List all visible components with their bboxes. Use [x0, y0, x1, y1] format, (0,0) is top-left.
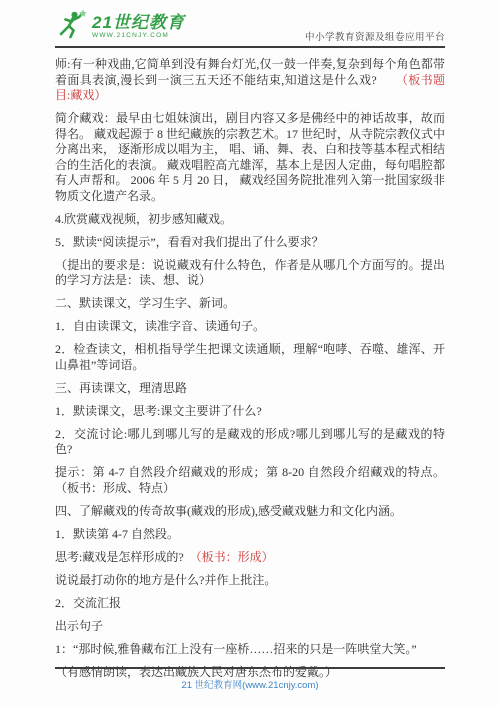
text-segment: 1．默读第 4-7 自然段。 — [55, 527, 179, 541]
site-logo[interactable]: 21世纪教育 WWW.21CNJY.COM — [55, 9, 185, 44]
text-segment: 说说最打动你的地方是什么?并作上批注。 — [55, 573, 276, 587]
paragraph: 1：“那时候,雅鲁藏布江上没有一座桥……招来的只是一阵哄堂大笑。” — [55, 642, 445, 658]
text-segment: 四、了解藏戏的传奇故事(藏戏的形成),感受藏戏魅力和文化内涵。 — [55, 504, 402, 518]
paragraph: 三、再读课文，理清思路 — [55, 381, 445, 397]
text-segment: 二、默读课文，学习生字、新词。 — [55, 296, 235, 310]
paragraph: 2．交流汇报 — [55, 596, 445, 612]
running-person-icon — [55, 9, 89, 44]
document-page: 21世纪教育 WWW.21CNJY.COM 中小学教育资源及组卷应用平台 师:有… — [0, 0, 500, 707]
paragraph: 2．检查读文，相机指导学生把课文读通顺，理解“咆哮、吞噬、雄浑、开山鼻祖”等词语… — [55, 342, 445, 373]
paragraph: 思考:藏戏是怎样形成的? （板书：形成） — [55, 550, 445, 566]
text-segment: 1：“那时候,雅鲁藏布江上没有一座桥……招来的只是一阵哄堂大笑。” — [55, 642, 417, 656]
text-segment: 2．交流讨论:哪儿到哪儿写的是藏戏的形成?哪儿到哪儿写的是藏戏的特色? — [55, 427, 445, 457]
text-segment: 1．自由读课文，读准字音、读通句子。 — [55, 319, 265, 333]
brand-url: WWW.21CNJY.COM — [92, 33, 185, 40]
text-segment: 提示：第 4-7 自然段介绍藏戏的形成；第 8-20 自然段介绍藏戏的特点。 （… — [55, 465, 445, 495]
text-segment: 出示句子 — [55, 619, 103, 633]
brand-name: 21世纪教育 — [92, 14, 185, 31]
paragraph: 1．默读第 4-7 自然段。 — [55, 527, 445, 543]
paragraph: 1．自由读课文，读准字音、读通句子。 — [55, 319, 445, 335]
paragraph: 4.欣赏藏戏视频，初步感知藏戏。 — [55, 212, 445, 228]
paragraph: 师:有一种戏曲,它简单到没有舞台灯光,仅一鼓一伴奏,复杂到每个角色都带着面具表演… — [55, 57, 445, 104]
text-segment: 4.欣赏藏戏视频，初步感知藏戏。 — [55, 212, 232, 226]
paragraph: （提出的要求是：说说藏戏有什么特色，作者是从哪几个方面写的。提出的学习方法是：读… — [55, 258, 445, 289]
text-segment: 5．默读“阅读提示”，看看对我们提出了什么要求？ — [55, 235, 324, 249]
footer-site-link[interactable]: 21 世纪教育网(www.21cnjy.com) — [181, 680, 318, 691]
logo-text: 21世纪教育 WWW.21CNJY.COM — [92, 14, 185, 40]
text-segment: 思考:藏戏是怎样形成的? — [55, 550, 184, 564]
text-segment: 简介藏戏：最早由七姐妹演出，剧目内容又多是佛经中的神话故事，故而得名。 藏戏起源… — [55, 111, 445, 203]
text-segment: 三、再读课文，理清思路 — [55, 381, 187, 395]
document-body: 师:有一种戏曲,它简单到没有舞台灯光,仅一鼓一伴奏,复杂到每个角色都带着面具表演… — [55, 57, 445, 688]
text-segment: 2．交流汇报 — [55, 596, 121, 610]
paragraph: 1．默读课文，思考:课文主要讲了什么? — [55, 404, 445, 420]
text-segment: 1．默读课文，思考:课文主要讲了什么? — [55, 404, 262, 418]
paragraph: 四、了解藏戏的传奇故事(藏戏的形成),感受藏戏魅力和文化内涵。 — [55, 504, 445, 520]
paragraph: 出示句子 — [55, 619, 445, 635]
page-footer: 21 世纪教育网(www.21cnjy.com) — [55, 667, 445, 693]
site-tagline: 中小学教育资源及组卷应用平台 — [305, 29, 445, 43]
paragraph: 5．默读“阅读提示”，看看对我们提出了什么要求？ — [55, 235, 445, 251]
paragraph: 二、默读课文，学习生字、新词。 — [55, 296, 445, 312]
paragraph: 说说最打动你的地方是什么?并作上批注。 — [55, 573, 445, 589]
text-segment: （提出的要求是：说说藏戏有什么特色，作者是从哪几个方面写的。提出的学习方法是：读… — [55, 258, 445, 288]
page-header: 21世纪教育 WWW.21CNJY.COM 中小学教育资源及组卷应用平台 — [55, 8, 445, 48]
paragraph: 提示：第 4-7 自然段介绍藏戏的形成；第 8-20 自然段介绍藏戏的特点。 （… — [55, 465, 445, 496]
text-segment: 2．检查读文，相机指导学生把课文读通顺，理解“咆哮、吞噬、雄浑、开山鼻祖”等词语… — [55, 342, 445, 372]
paragraph: 简介藏戏：最早由七姐妹演出，剧目内容又多是佛经中的神话故事，故而得名。 藏戏起源… — [55, 111, 445, 204]
board-note-text: （板书：形成） — [184, 550, 274, 564]
paragraph: 2．交流讨论:哪儿到哪儿写的是藏戏的形成?哪儿到哪儿写的是藏戏的特色? — [55, 427, 445, 458]
